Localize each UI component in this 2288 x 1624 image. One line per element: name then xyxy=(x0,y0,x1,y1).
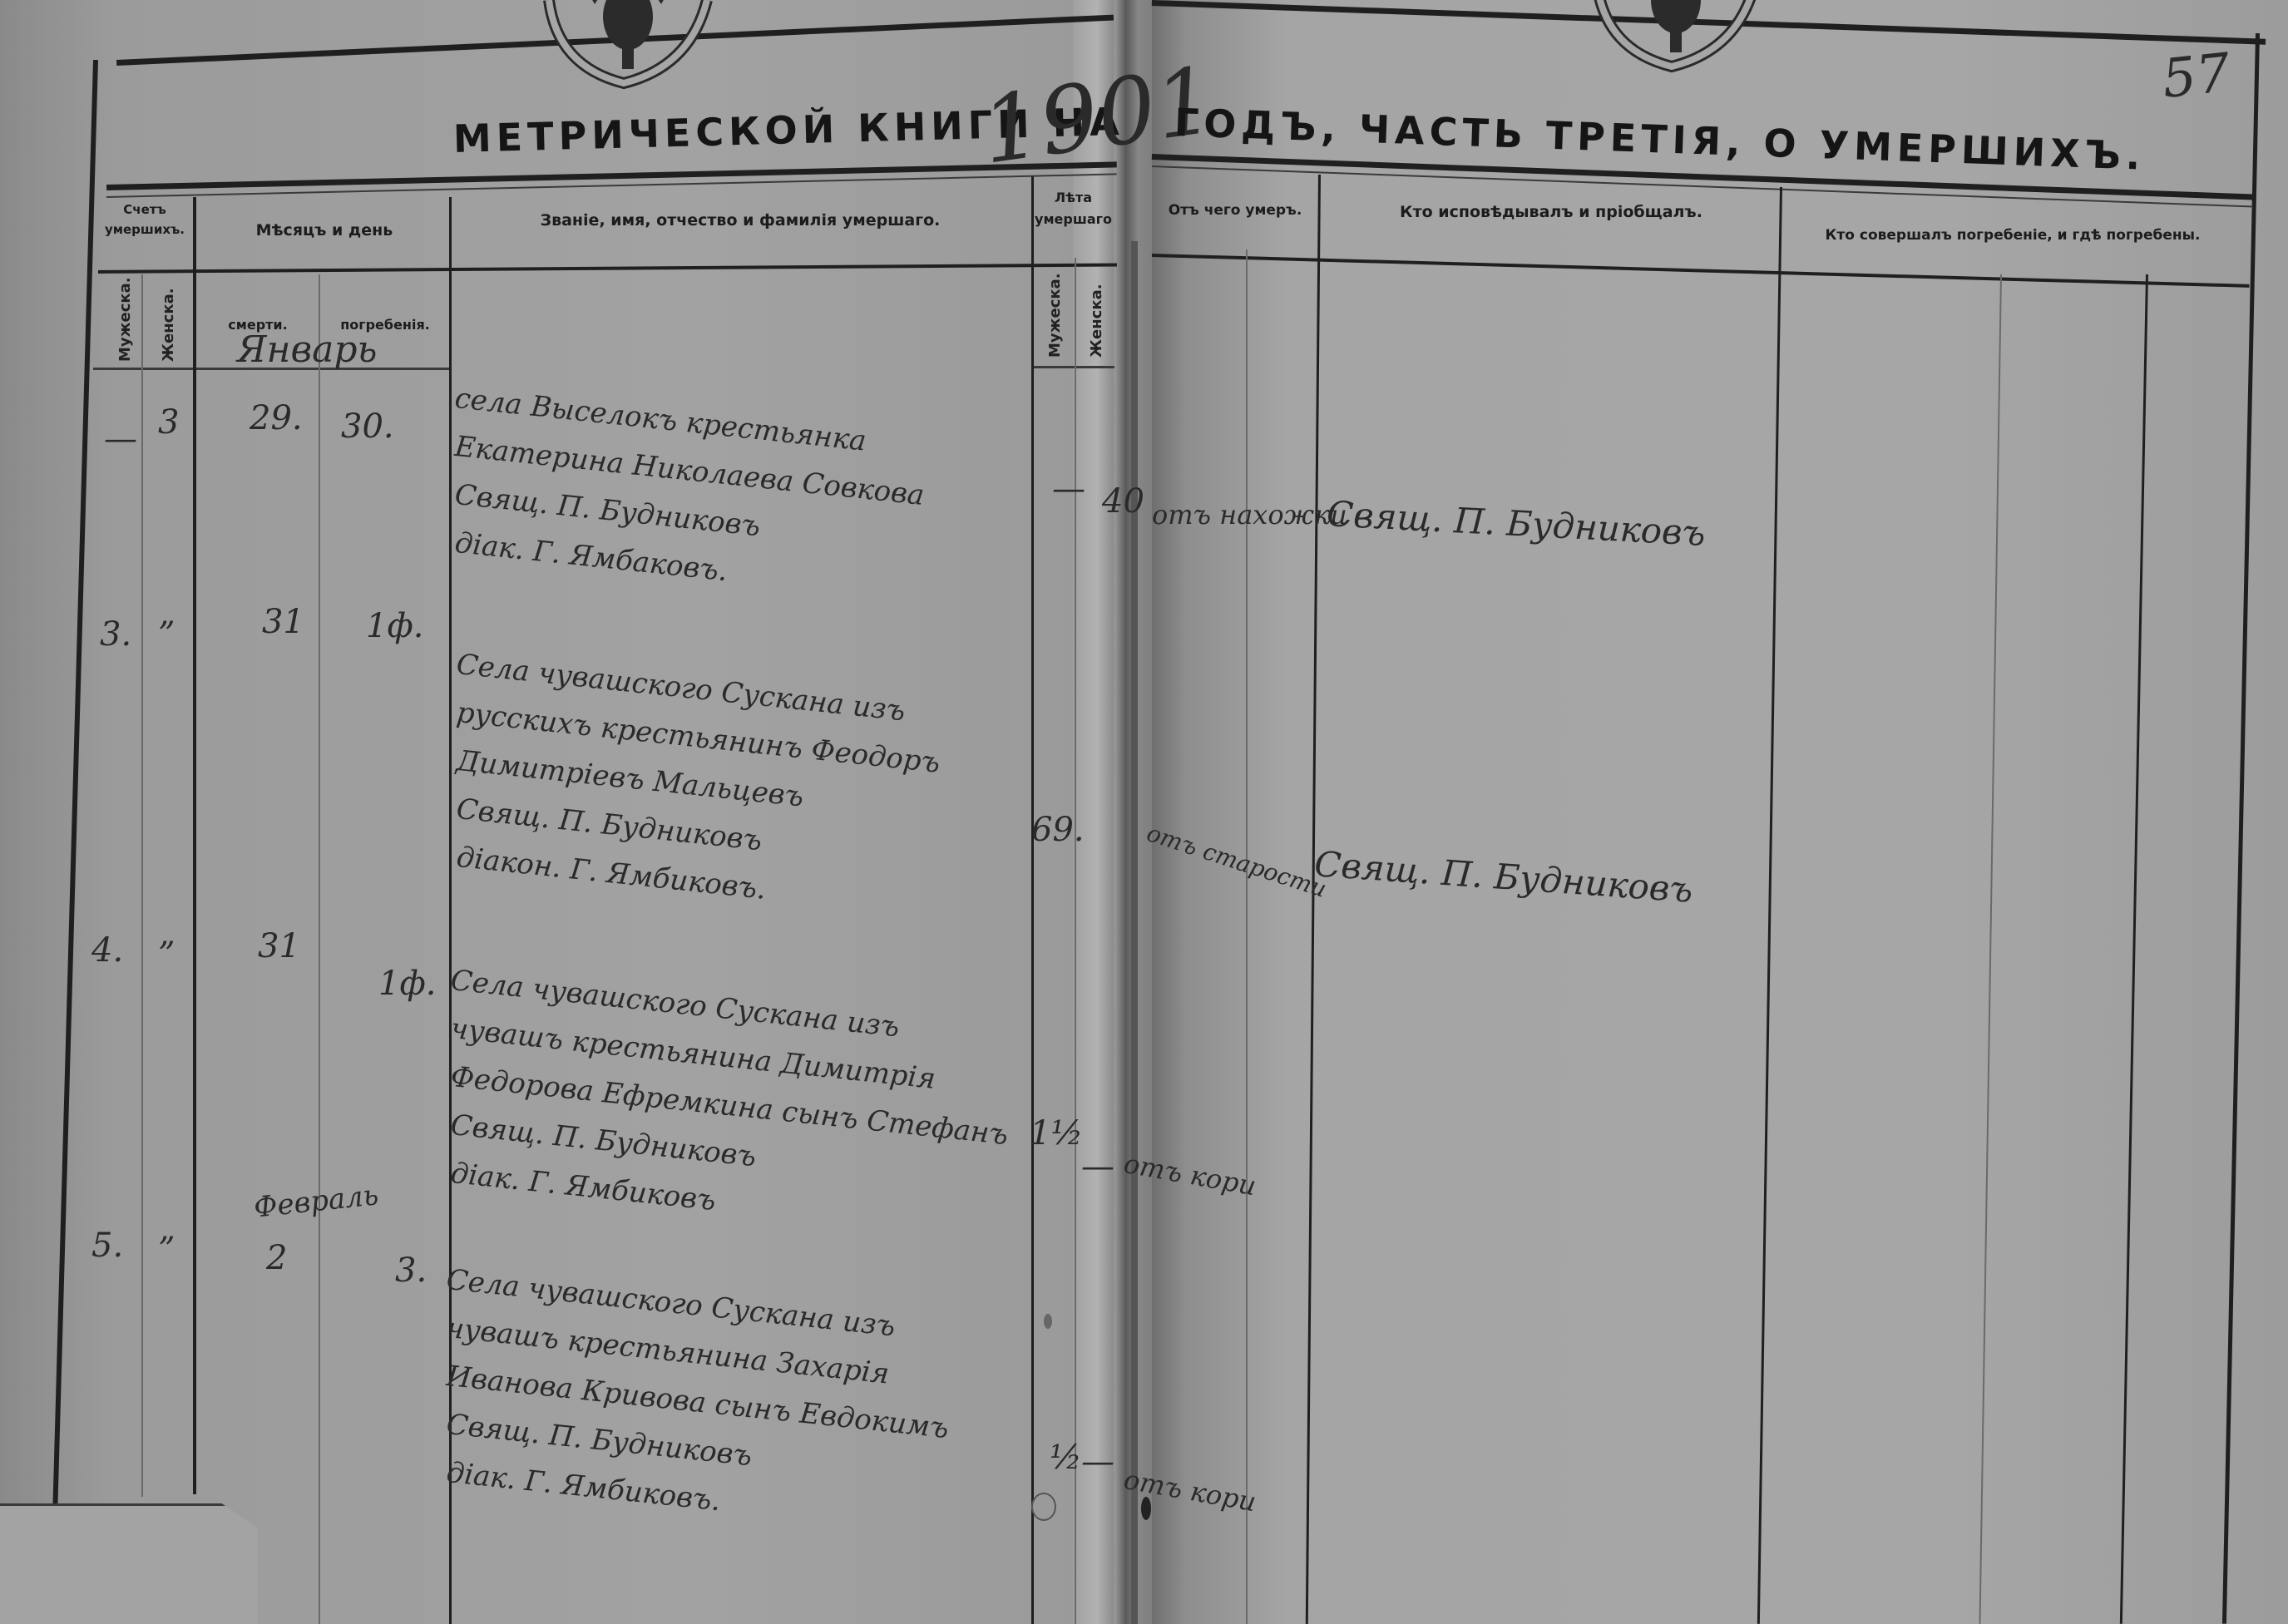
header-age-male: Мужеска. xyxy=(1046,266,1064,358)
header-age-female: Женска. xyxy=(1088,266,1105,358)
col-sep-count xyxy=(193,197,196,1494)
left-age-head-rule xyxy=(1031,366,1114,368)
month-january: Январь xyxy=(237,328,377,371)
double-headed-eagle-icon xyxy=(1580,0,1772,75)
entry-1-male-no: — xyxy=(104,420,137,458)
entry-3-name: Села чувашского Сускана изъ чувашъ крест… xyxy=(453,956,1052,1197)
header-cause: Отъ чего умеръ. xyxy=(1156,200,1314,222)
imperial-emblem-left xyxy=(532,0,724,91)
col-sep-male-female xyxy=(141,274,143,1497)
entry-4-name: Села чувашского Сускана изъ чувашъ крест… xyxy=(449,1256,1048,1497)
entry-2-death-day: 31 xyxy=(262,603,304,641)
entry-1-name: села Выселокъ крестьянка Екатерина Никол… xyxy=(457,374,1040,567)
entry-1-female-no: 3 xyxy=(158,403,179,442)
header-burial-by: Кто совершалъ погребеніе, и гдѣ погребен… xyxy=(1788,225,2237,247)
entry-3-male-no: 4. xyxy=(91,931,123,970)
paper-slip-corner xyxy=(0,1503,258,1624)
header-age: Лѣта умершаго xyxy=(1034,187,1113,230)
entry-3-death-day: 31 xyxy=(258,927,300,965)
entry-4-age-male: ½ xyxy=(1050,1439,1082,1477)
col-sep-age-m-f xyxy=(1075,258,1076,1624)
entry-4-death-day: 2 xyxy=(266,1239,287,1277)
entry-1-death-day: 29. xyxy=(250,399,303,437)
imperial-emblem-right xyxy=(1580,0,1772,75)
entry-4-burial-day: 3. xyxy=(395,1251,427,1290)
entry-2-age-male: 69. xyxy=(1031,811,1085,849)
entry-1-burial-day: 30. xyxy=(341,407,394,446)
header-count-male: Мужеска. xyxy=(116,279,134,362)
entry-1-age-female: 40 xyxy=(1102,482,1144,521)
header-count-female: Женска. xyxy=(160,279,177,362)
entry-4-female-no: ” xyxy=(158,1231,175,1269)
entry-2-male-no: 3. xyxy=(100,615,131,654)
entry-2-name: Села чувашского Сускана изъ русскихъ кре… xyxy=(459,640,1041,881)
entry-1-age-male: — xyxy=(1052,470,1085,508)
entry-4-male-no: 5. xyxy=(91,1227,123,1265)
entry-2-burial-day: 1ф. xyxy=(366,607,423,645)
binding-hole xyxy=(1044,1314,1052,1329)
page-number: 57 xyxy=(2159,42,2233,111)
double-headed-eagle-icon xyxy=(532,0,724,91)
col-sep-cause-inner xyxy=(1246,249,1248,1624)
entry-4-age-female: — xyxy=(1081,1443,1114,1481)
header-month-day: Мѣсяцъ и день xyxy=(200,218,449,243)
binding-thread xyxy=(1131,241,1138,1624)
binding-hole xyxy=(1031,1493,1056,1521)
entry-3-age-female: — xyxy=(1081,1148,1114,1186)
entry-2-female-no: ” xyxy=(158,615,175,654)
ink-blot xyxy=(1141,1497,1151,1520)
header-confessor: Кто исповѣдывалъ и пріобщалъ. xyxy=(1327,200,1776,225)
entry-3-female-no: ” xyxy=(158,935,175,974)
entry-3-burial-day: 1ф. xyxy=(378,965,436,1003)
col-sep-death-burial xyxy=(319,274,320,1624)
entry-3-age-male: 1½ xyxy=(1030,1114,1083,1153)
header-count-of-dead: Счетъ умершихъ. xyxy=(98,200,191,239)
entry-1-cause: отъ нахожки xyxy=(1152,499,1347,531)
header-name: Званіе, имя, отчество и фамилія умершаго… xyxy=(453,208,1027,233)
